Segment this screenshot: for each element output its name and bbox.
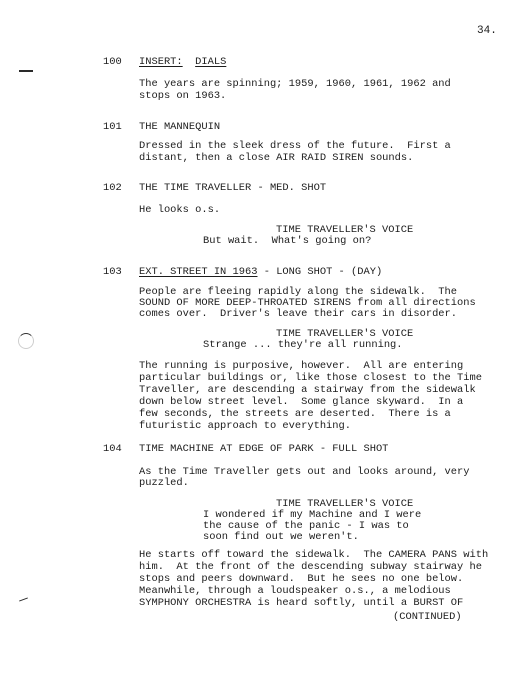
scene-number: 104: [103, 443, 122, 455]
action-line: The years are spinning; 1959, 1960, 1961…: [139, 78, 451, 90]
heading-part: INSERT:: [139, 56, 183, 68]
scene-number: 102: [103, 182, 122, 194]
action-line: Meanwhile, through a loudspeaker o.s., a…: [139, 585, 451, 597]
action-line: distant, then a close AIR RAID SIREN sou…: [139, 152, 413, 164]
action-line: SYMPHONY ORCHESTRA is heard softly, unti…: [139, 597, 463, 609]
scene-heading: THE MANNEQUIN: [139, 121, 220, 133]
scene-number: 101: [103, 121, 122, 133]
action-line: stops on 1963.: [139, 90, 226, 102]
action-line: The running is purposive, however. All a…: [139, 360, 463, 372]
action-line: comes over. Driver's leave their cars in…: [139, 308, 457, 320]
action-line: He starts off toward the sidewalk. The C…: [139, 549, 488, 561]
action-line: puzzled.: [139, 477, 189, 489]
action-line: down below street level. Some glance sky…: [139, 396, 463, 408]
scene-heading: TIME MACHINE AT EDGE OF PARK - FULL SHOT: [139, 443, 388, 455]
heading-part: - LONG SHOT - (DAY): [257, 266, 382, 278]
dialogue-line: Strange ... they're all running.: [203, 339, 403, 351]
heading-part: EXT. STREET IN 1963: [139, 266, 257, 278]
action-line: Dressed in the sleek dress of the future…: [139, 140, 451, 152]
action-line: He looks o.s.: [139, 204, 220, 216]
action-line: Traveller, are descending a stairway fro…: [139, 384, 476, 396]
scene-heading: EXT. STREET IN 1963 - LONG SHOT - (DAY): [139, 266, 382, 278]
scene-number: 103: [103, 266, 122, 278]
action-line: stops and peers downward. But he sees no…: [139, 573, 463, 585]
action-line: futuristic approach to everything.: [139, 420, 351, 432]
margin-mark-bottom: [19, 597, 28, 601]
scene-number: 100: [103, 56, 122, 68]
margin-mark-top: [19, 70, 33, 72]
heading-part: DIALS: [195, 56, 226, 68]
punch-hole-middle: [18, 333, 34, 349]
dialogue-line: But wait. What's going on?: [203, 235, 371, 247]
heading-part: [183, 56, 195, 68]
scene-heading: THE TIME TRAVELLER - MED. SHOT: [139, 182, 326, 194]
action-line: particular buildings or, like those clos…: [139, 372, 482, 384]
continued-marker: (CONTINUED): [393, 611, 462, 623]
action-line: few seconds, the streets are deserted. T…: [139, 408, 451, 420]
dialogue-line: soon find out we weren't.: [203, 531, 359, 543]
page-number: 34.: [477, 25, 497, 37]
scene-heading: INSERT: DIALS: [139, 56, 226, 68]
action-line: him. At the front of the descending subw…: [139, 561, 482, 573]
